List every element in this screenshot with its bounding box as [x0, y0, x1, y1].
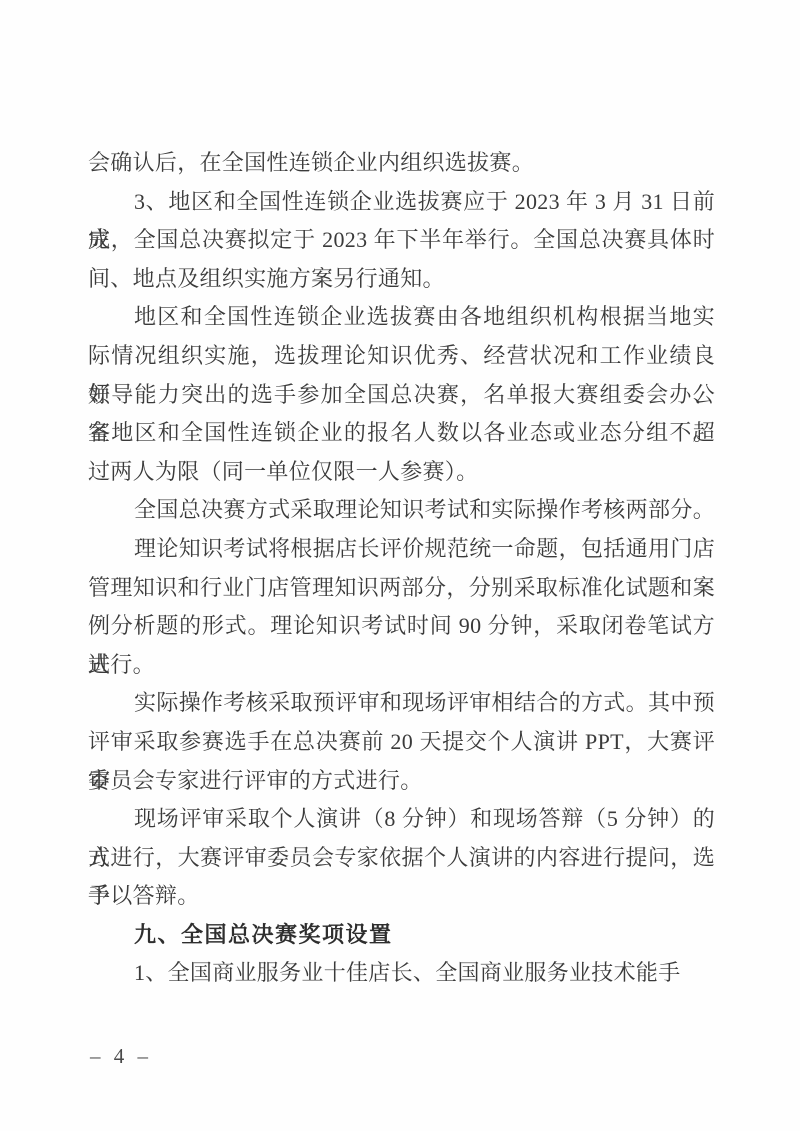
page-footer: – 4 –	[90, 1044, 152, 1069]
text-line: 评审采取参赛选手在总决赛前 20 天提交个人演讲 PPT，大赛评审	[88, 723, 715, 762]
text-line: 委员会专家进行评审的方式进行。	[88, 762, 715, 801]
text-line: 过两人为限（同一单位仅限一人参赛）。	[88, 453, 715, 492]
text-line: 进行。	[88, 646, 715, 685]
text-line: 现场评审采取个人演讲（8 分钟）和现场答辩（5 分钟）的方	[88, 800, 715, 839]
text-line: 际情况组织实施，选拔理论知识优秀、经营状况和工作业绩良好、	[88, 337, 715, 376]
page-number: – 4 –	[90, 1044, 152, 1068]
text-line: 间、地点及组织实施方案另行通知。	[88, 260, 715, 299]
text-line: 全国总决赛方式采取理论知识考试和实际操作考核两部分。	[88, 491, 715, 530]
text-line: 例分析题的形式。理论知识考试时间 90 分钟，采取闭卷笔试方式	[88, 607, 715, 646]
text-line: 实际操作考核采取预评审和现场评审相结合的方式。其中预	[88, 684, 715, 723]
text-line: 会确认后，在全国性连锁企业内组织选拔赛。	[88, 144, 715, 183]
text-line: 理论知识考试将根据店长评价规范统一命题，包括通用门店	[88, 530, 715, 569]
text-line: 管理知识和行业门店管理知识两部分，分别采取标准化试题和案	[88, 569, 715, 608]
document-body: 会确认后，在全国性连锁企业内组织选拔赛。3、地区和全国性连锁企业选拔赛应于 20…	[88, 144, 715, 993]
text-line: 式进行，大赛评审委员会专家依据个人演讲的内容进行提问，选手	[88, 839, 715, 878]
text-line: 成，全国总决赛拟定于 2023 年下半年举行。全国总决赛具体时	[88, 221, 715, 260]
text-line: 3、地区和全国性连锁企业选拔赛应于 2023 年 3 月 31 日前完	[88, 183, 715, 222]
text-line: 1、全国商业服务业十佳店长、全国商业服务业技术能手	[88, 954, 715, 993]
text-line: 地区和全国性连锁企业选拔赛由各地组织机构根据当地实	[88, 298, 715, 337]
text-line: 领导能力突出的选手参加全国总决赛，名单报大赛组委会办公室。	[88, 376, 715, 415]
document-page: 会确认后，在全国性连锁企业内组织选拔赛。3、地区和全国性连锁企业选拔赛应于 20…	[0, 0, 800, 1131]
section-heading: 九、全国总决赛奖项设置	[88, 916, 715, 955]
text-line: 各地区和全国性连锁企业的报名人数以各业态或业态分组不超	[88, 414, 715, 453]
text-line: 予以答辩。	[88, 877, 715, 916]
